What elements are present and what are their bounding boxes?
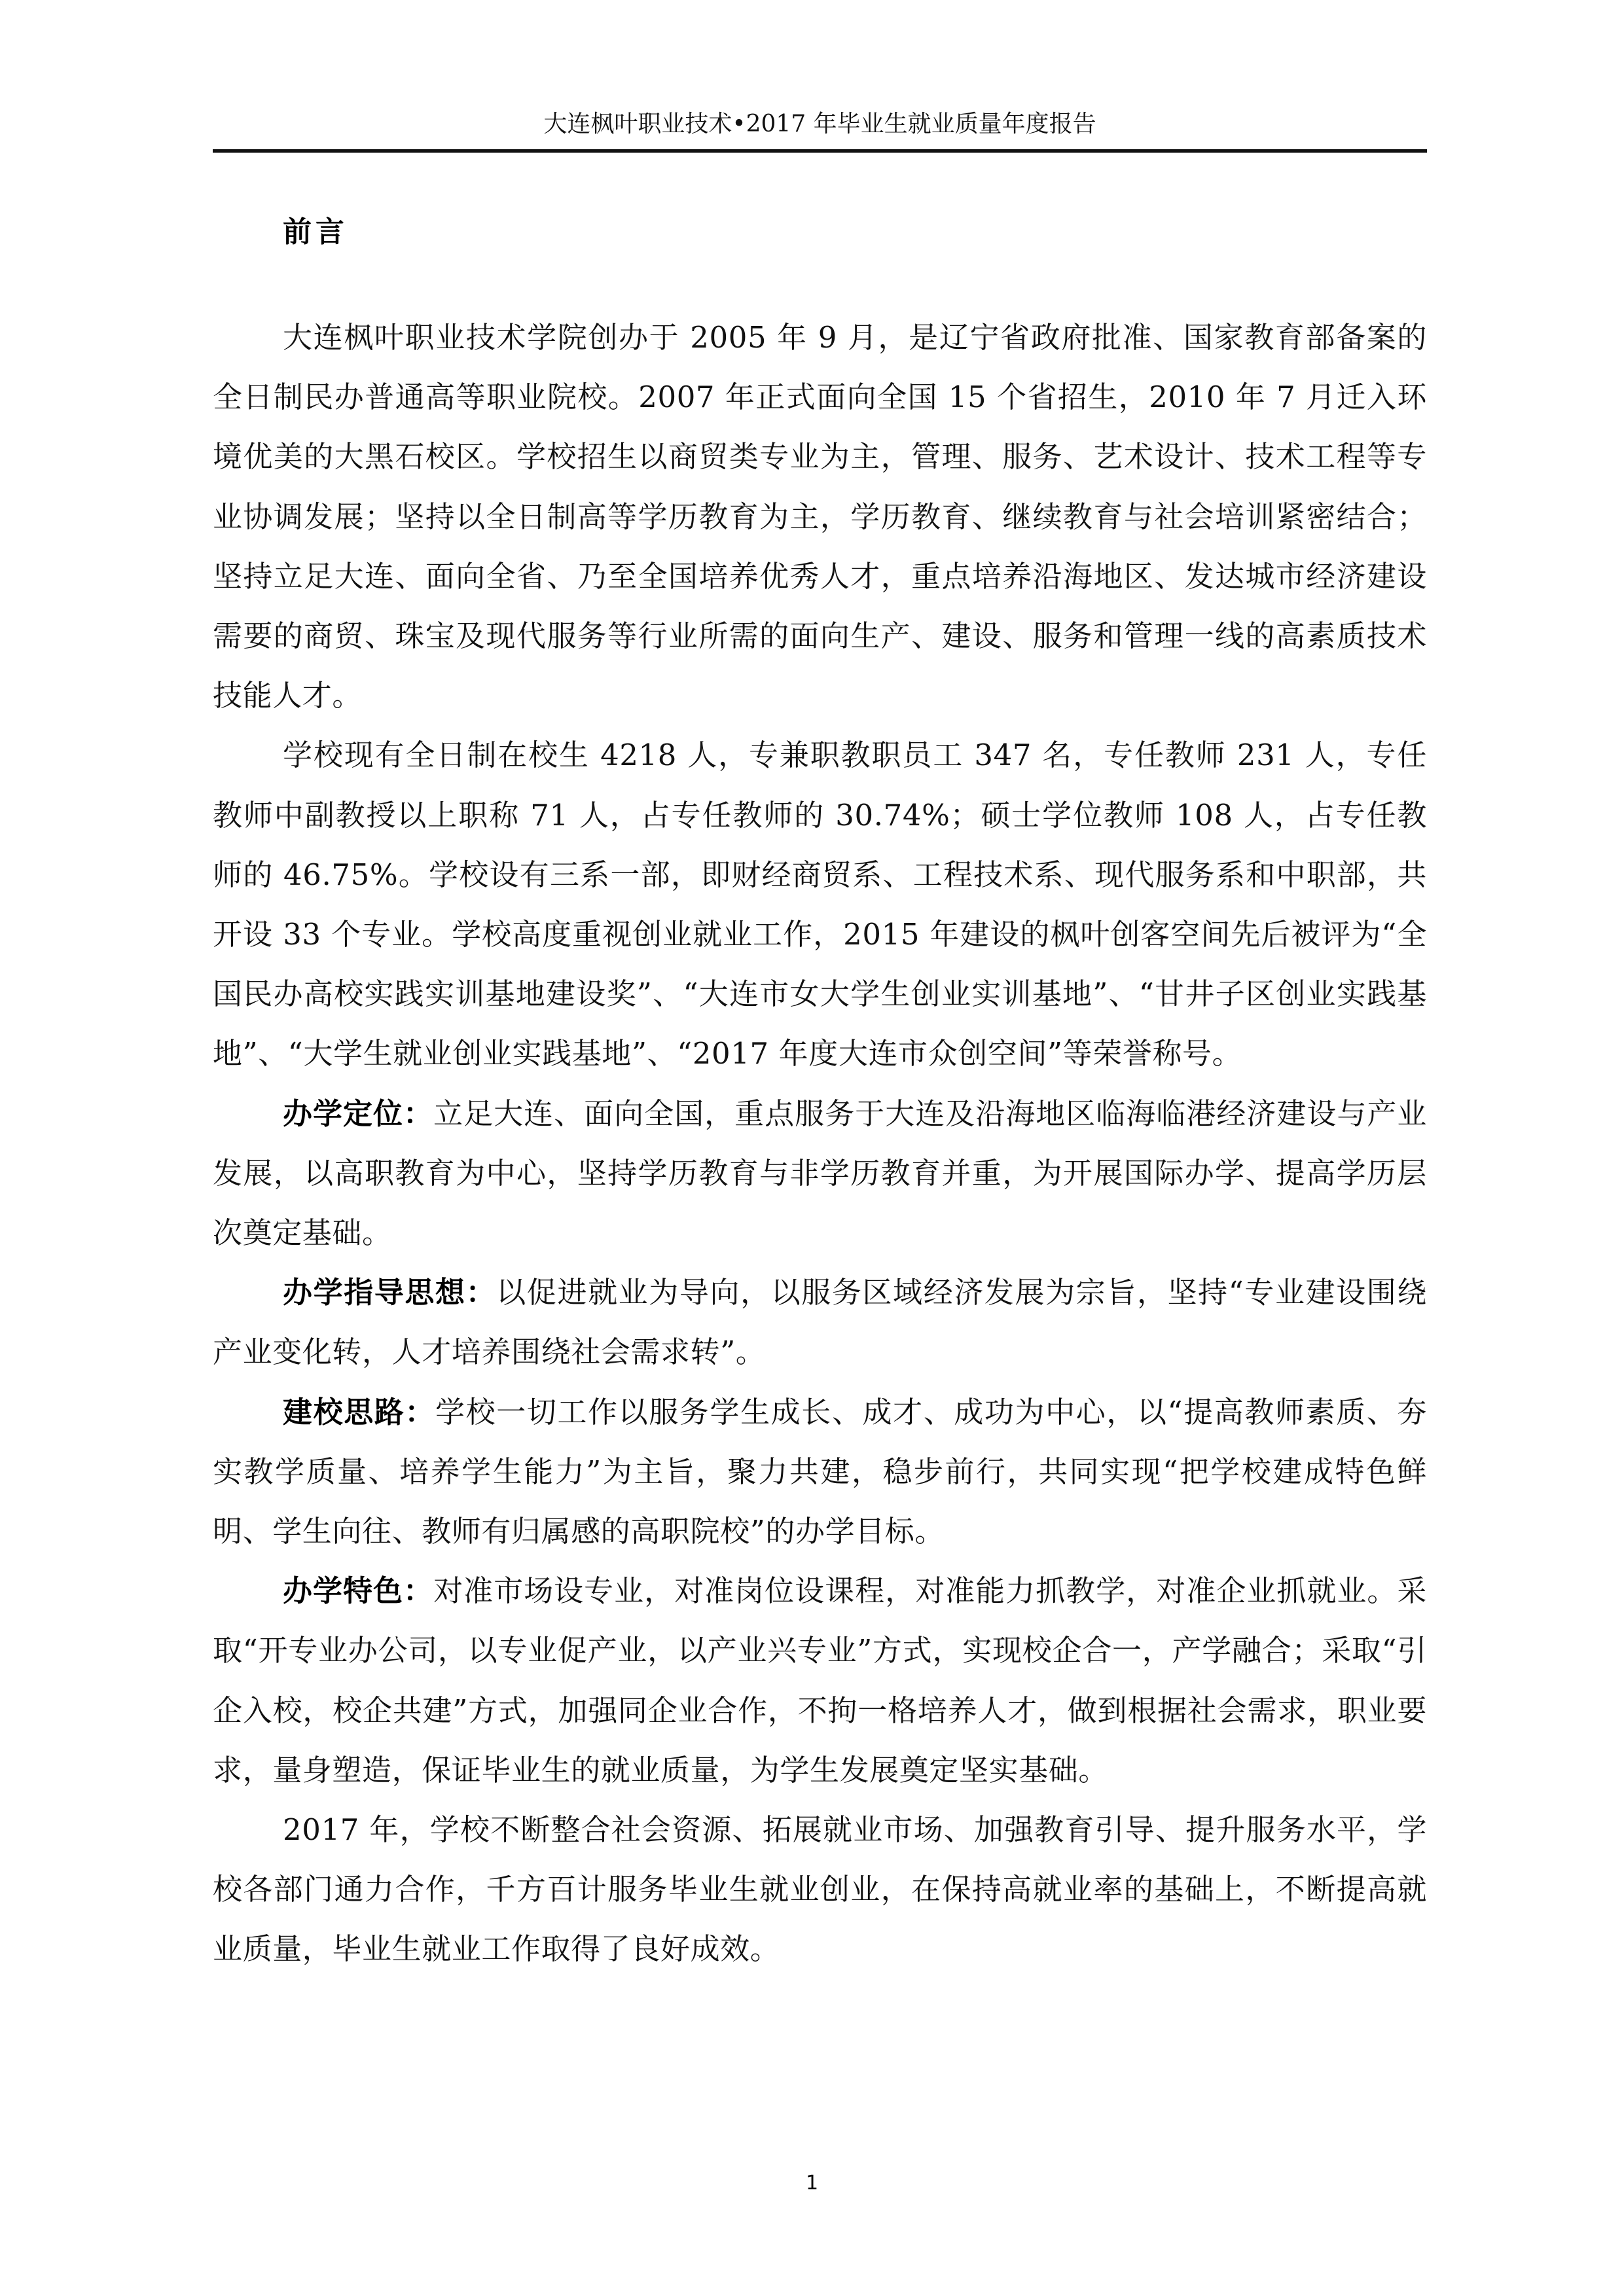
paragraph-lead: 建校思路： <box>283 1395 435 1429</box>
paragraph-founding-approach: 建校思路：学校一切工作以服务学生成长、成才、成功为中心，以“提高教师素质、夯实教… <box>213 1382 1427 1562</box>
section-heading: 前言 <box>283 213 348 252</box>
paragraph-guiding-idea: 办学指导思想：以促进就业为导向，以服务区域经济发展为宗旨，坚持“专业建设围绕产业… <box>213 1263 1427 1382</box>
document-body: 大连枫叶职业技术学院创办于 2005 年 9 月，是辽宁省政府批准、国家教育部备… <box>213 308 1427 1979</box>
paragraph-text: 2017 年，学校不断整合社会资源、拓展就业市场、加强教育引导、提升服务水平，学… <box>213 1812 1427 1966</box>
paragraph-2017-summary: 2017 年，学校不断整合社会资源、拓展就业市场、加强教育引导、提升服务水平，学… <box>213 1800 1427 1979</box>
paragraph-faculty: 学校现有全日制在校生 4218 人，专兼职教职员工 347 名，专任教师 231… <box>213 725 1427 1083</box>
paragraph-positioning: 办学定位：立足大连、面向全国，重点服务于大连及沿海地区临海临港经济建设与产业发展… <box>213 1084 1427 1263</box>
page-number: 1 <box>0 2170 1624 2197</box>
paragraph-intro: 大连枫叶职业技术学院创办于 2005 年 9 月，是辽宁省政府批准、国家教育部备… <box>213 308 1427 725</box>
paragraph-lead: 办学特色： <box>283 1573 433 1608</box>
running-header-title: 大连枫叶职业技术•2017 年毕业生就业质量年度报告 <box>543 111 1096 137</box>
paragraph-text: 学校现有全日制在校生 4218 人，专兼职教职员工 347 名，专任教师 231… <box>213 738 1427 1071</box>
header-divider <box>213 149 1427 153</box>
paragraph-text: 大连枫叶职业技术学院创办于 2005 年 9 月，是辽宁省政府批准、国家教育部备… <box>213 320 1427 713</box>
running-header: 大连枫叶职业技术•2017 年毕业生就业质量年度报告 <box>213 110 1427 153</box>
paragraph-lead: 办学指导思想： <box>283 1275 496 1310</box>
paragraph-lead: 办学定位： <box>283 1096 433 1131</box>
paragraph-features: 办学特色：对准市场设专业，对准岗位设课程，对准能力抓教学，对准企业抓就业。采取“… <box>213 1561 1427 1800</box>
